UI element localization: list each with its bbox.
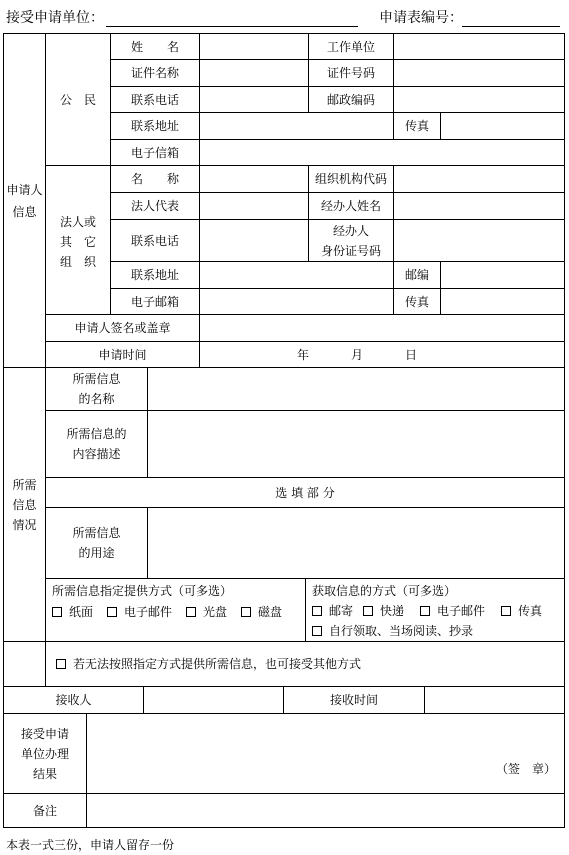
org-name-label: 名 称 (110, 165, 200, 193)
org-email-field[interactable] (199, 288, 394, 315)
info-needed-section-label: 所需 信息 情况 (3, 367, 46, 642)
agent-name-field[interactable] (393, 192, 565, 220)
checkbox-icon[interactable] (312, 606, 322, 616)
agent-id-field[interactable] (393, 219, 565, 262)
legal-rep-field[interactable] (199, 192, 309, 220)
citizen-phone-field[interactable] (199, 86, 309, 113)
processing-result-field[interactable]: （签 章） (86, 713, 565, 794)
org-code-field[interactable] (393, 165, 565, 193)
remarks-field[interactable] (86, 793, 565, 828)
citizen-work-unit-field[interactable] (393, 33, 565, 60)
date-year-label: 年 (297, 345, 309, 365)
footer-note: 本表一式三份，申请人留存一份 (6, 836, 174, 853)
citizen-email-field[interactable] (199, 139, 565, 166)
receive-time-field[interactable] (424, 686, 565, 714)
org-code-label: 组织机构代码 (308, 165, 394, 193)
citizen-email-label: 电子信箱 (110, 139, 200, 166)
receive-time-label: 接收时间 (283, 686, 425, 714)
org-name-field[interactable] (199, 165, 309, 193)
checkbox-icon[interactable] (420, 606, 430, 616)
receiver-unit-label: 接受申请单位： (6, 8, 104, 28)
provide-option-email[interactable]: 电子邮件 (107, 602, 172, 622)
citizen-id-type-field[interactable] (199, 59, 309, 87)
checkbox-icon[interactable] (241, 607, 251, 617)
form-number-input[interactable] (462, 26, 560, 27)
remarks-label: 备注 (3, 793, 87, 828)
citizen-postcode-field[interactable] (393, 86, 565, 113)
processing-result-label: 接受申请 单位办理 结果 (3, 713, 87, 794)
seal-note: （签 章） (496, 759, 556, 779)
obtain-option-email[interactable]: 电子邮件 (420, 601, 485, 621)
legal-rep-label: 法人代表 (110, 192, 200, 220)
provide-method-title: 所需信息指定提供方式（可多选） (52, 581, 232, 601)
citizen-fax-label: 传真 (393, 112, 441, 140)
provide-option-cd[interactable]: 光盘 (186, 602, 227, 622)
info-purpose-field[interactable] (147, 507, 565, 579)
receiver-unit-input[interactable] (106, 26, 358, 27)
checkbox-icon[interactable] (363, 606, 373, 616)
obtain-option-self-pickup[interactable]: 自行领取、当场阅读、抄录 (312, 621, 473, 641)
org-fax-label: 传真 (393, 288, 441, 315)
org-postcode-label: 邮编 (393, 261, 441, 289)
checkbox-icon[interactable] (186, 607, 196, 617)
citizen-address-label: 联系地址 (110, 112, 200, 140)
citizen-name-label: 姓 名 (110, 33, 200, 60)
checkbox-icon[interactable] (107, 607, 117, 617)
info-name-field[interactable] (147, 367, 565, 411)
provide-option-paper[interactable]: 纸面 (52, 602, 93, 622)
checkbox-icon[interactable] (52, 607, 62, 617)
org-email-label: 电子邮箱 (110, 288, 200, 315)
agent-id-label: 经办人 身份证号码 (308, 219, 394, 262)
info-description-field[interactable] (147, 410, 565, 478)
organization-group-label: 法人或 其 它 组 织 (45, 165, 111, 315)
checkbox-icon[interactable] (56, 659, 66, 669)
obtain-option-fax[interactable]: 传真 (501, 601, 542, 621)
provide-option-disk[interactable]: 磁盘 (241, 602, 282, 622)
signature-label: 申请人签名或盖章 (45, 314, 200, 342)
alternative-option[interactable]: 若无法按照指定方式提供所需信息，也可接受其他方式 (45, 641, 565, 687)
org-address-field[interactable] (199, 261, 394, 289)
info-purpose-label: 所需信息 的用途 (45, 507, 148, 579)
obtain-method-group: 获取信息的方式（可多选） 邮寄 快递 电子邮件 传真 自行领取、当场阅读、抄录 (305, 578, 565, 642)
org-postcode-field[interactable] (440, 261, 565, 289)
citizen-group-label: 公 民 (45, 33, 111, 166)
date-month-label: 月 (351, 345, 363, 365)
obtain-method-title: 获取信息的方式（可多选） (312, 581, 456, 601)
applicant-info-section-label: 申请人信息 (3, 33, 46, 368)
checkbox-icon[interactable] (312, 626, 322, 636)
application-date-field[interactable]: 年 月 日 (199, 341, 565, 368)
citizen-fax-field[interactable] (440, 112, 565, 140)
citizen-address-field[interactable] (199, 112, 394, 140)
citizen-id-number-field[interactable] (393, 59, 565, 87)
citizen-work-unit-label: 工作单位 (308, 33, 394, 60)
provide-method-group: 所需信息指定提供方式（可多选） 纸面 电子邮件 光盘 磁盘 (45, 578, 306, 642)
alternative-row-spacer (3, 641, 46, 687)
org-address-label: 联系地址 (110, 261, 200, 289)
citizen-id-number-label: 证件号码 (308, 59, 394, 87)
checkbox-icon[interactable] (501, 606, 511, 616)
receiver-field[interactable] (143, 686, 284, 714)
obtain-option-mail[interactable]: 邮寄 (312, 601, 353, 621)
citizen-phone-label: 联系电话 (110, 86, 200, 113)
application-date-label: 申请时间 (45, 341, 200, 368)
signature-field[interactable] (199, 314, 565, 342)
obtain-option-express[interactable]: 快递 (363, 601, 404, 621)
date-day-label: 日 (405, 345, 417, 365)
info-name-label: 所需信息 的名称 (45, 367, 148, 411)
receiver-label: 接收人 (3, 686, 144, 714)
citizen-postcode-label: 邮政编码 (308, 86, 394, 113)
form-number-label: 申请表编号： (379, 8, 463, 28)
info-description-label: 所需信息的 内容描述 (45, 410, 148, 478)
org-fax-field[interactable] (440, 288, 565, 315)
org-phone-label: 联系电话 (110, 219, 200, 262)
citizen-name-field[interactable] (199, 33, 309, 60)
org-phone-field[interactable] (199, 219, 309, 262)
citizen-id-type-label: 证件名称 (110, 59, 200, 87)
agent-name-label: 经办人姓名 (308, 192, 394, 220)
optional-section-header: 选 填 部 分 (45, 477, 565, 508)
